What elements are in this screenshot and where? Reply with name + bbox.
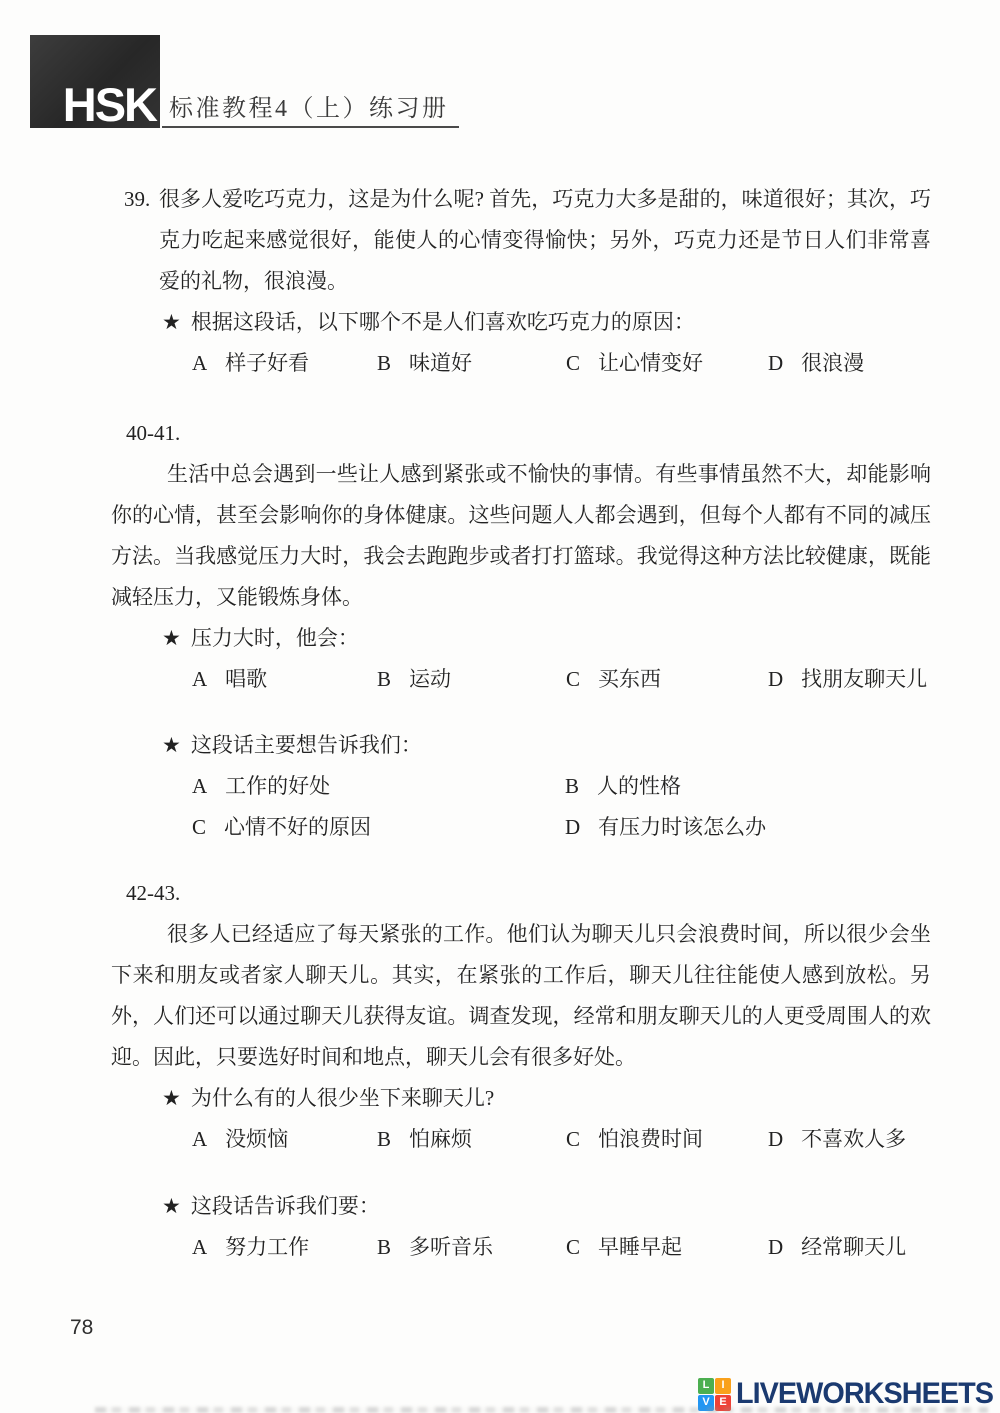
question-43-option-a: A 努力工作 [192, 1227, 377, 1268]
option-label: D [565, 807, 580, 848]
option-text: 努力工作 [225, 1227, 309, 1268]
question-41-option-d: D 有压力时该怎么办 [565, 807, 931, 848]
logo-square-l: L [698, 1378, 714, 1394]
option-text: 多听音乐 [409, 1227, 493, 1268]
question-43-prompt-text: 这段话告诉我们要： [191, 1186, 380, 1227]
option-text: 让心情变好 [598, 343, 703, 384]
option-text: 找朋友聊天儿 [801, 659, 927, 700]
star-icon: ★ [162, 725, 181, 766]
star-icon: ★ [162, 1186, 181, 1227]
option-label: C [192, 807, 206, 848]
star-icon: ★ [162, 302, 181, 343]
question-43-option-c: C 早睡早起 [566, 1227, 768, 1268]
liveworksheets-logo-squares: L I V E [698, 1378, 731, 1411]
question-41-options-row-2: C 心情不好的原因 D 有压力时该怎么办 [192, 807, 931, 848]
workbook-page: HSK 标准教程4（上）练习册 39. 很多人爱吃巧克力，这是为什么呢? 首先，… [0, 0, 1000, 1413]
option-label: B [377, 1227, 391, 1268]
question-40-options: A 唱歌 B 运动 C 买东西 D 找朋友聊天儿 [192, 659, 931, 700]
question-39-option-c: C 让心情变好 [566, 343, 768, 384]
question-41-prompt-text: 这段话主要想告诉我们： [191, 725, 422, 766]
option-label: D [768, 343, 783, 384]
questions-40-41-passage: 生活中总会遇到一些让人感到紧张或不愉快的事情。有些事情虽然不大，却能影响你的心情… [111, 454, 931, 618]
question-39-options: A 样子好看 B 味道好 C 让心情变好 D 很浪漫 [192, 343, 931, 384]
option-label: C [566, 1119, 580, 1160]
option-text: 味道好 [409, 343, 472, 384]
option-text: 不喜欢人多 [801, 1119, 906, 1160]
option-text: 经常聊天儿 [801, 1227, 906, 1268]
option-text: 心情不好的原因 [224, 807, 371, 848]
star-icon: ★ [162, 618, 181, 659]
option-text: 怕麻烦 [409, 1119, 472, 1160]
option-text: 样子好看 [225, 343, 309, 384]
question-42-prompt-text: 为什么有的人很少坐下来聊天儿? [191, 1078, 494, 1119]
option-label: D [768, 1227, 783, 1268]
logo-square-i: I [715, 1378, 731, 1394]
questions-42-43: 42-43. 很多人已经适应了每天紧张的工作。他们认为聊天儿只会浪费时间，所以很… [111, 873, 931, 1268]
question-43-option-b: B 多听音乐 [377, 1227, 566, 1268]
liveworksheets-wordmark: LIVEWORKSHEETS [736, 1377, 993, 1411]
hsk-logo: HSK [30, 35, 160, 128]
question-39-passage-row: 39. 很多人爱吃巧克力，这是为什么呢? 首先，巧克力大多是甜的，味道很好；其次… [124, 179, 931, 302]
option-label: A [192, 343, 207, 384]
option-label: C [566, 343, 580, 384]
page-content: 39. 很多人爱吃巧克力，这是为什么呢? 首先，巧克力大多是甜的，味道很好；其次… [111, 179, 931, 1268]
option-label: A [192, 1119, 207, 1160]
book-title: 标准教程4（上）练习册 [169, 88, 449, 123]
option-label: C [566, 1227, 580, 1268]
scan-artifact-strip [95, 1407, 988, 1413]
option-label: C [566, 659, 580, 700]
option-label: B [565, 766, 579, 807]
question-43-option-d: D 经常聊天儿 [768, 1227, 931, 1268]
option-label: A [192, 766, 207, 807]
option-text: 很浪漫 [801, 343, 864, 384]
question-42-option-c: C 怕浪费时间 [566, 1119, 768, 1160]
question-39-number: 39. [124, 179, 159, 302]
question-39-passage: 很多人爱吃巧克力，这是为什么呢? 首先，巧克力大多是甜的，味道很好；其次，巧克力… [159, 179, 931, 302]
question-40-option-a: A 唱歌 [192, 659, 377, 700]
questions-40-41-number: 40-41. [126, 413, 931, 454]
option-text: 没烦恼 [225, 1119, 288, 1160]
question-39-option-d: D 很浪漫 [768, 343, 931, 384]
option-text: 有压力时该怎么办 [598, 807, 766, 848]
question-41-prompt: ★ 这段话主要想告诉我们： [162, 725, 931, 766]
question-40-option-c: C 买东西 [566, 659, 768, 700]
question-43-options: A 努力工作 B 多听音乐 C 早睡早起 D 经常聊天儿 [192, 1227, 931, 1268]
option-label: D [768, 1119, 783, 1160]
header-underline [162, 126, 459, 128]
option-text: 人的性格 [597, 766, 681, 807]
question-41-option-a: A 工作的好处 [192, 766, 565, 807]
question-41-option-c: C 心情不好的原因 [192, 807, 565, 848]
hsk-logo-text: HSK [63, 83, 160, 128]
option-label: B [377, 343, 391, 384]
question-39-option-a: A 样子好看 [192, 343, 377, 384]
option-label: B [377, 659, 391, 700]
question-39-prompt: ★ 根据这段话，以下哪个不是人们喜欢吃巧克力的原因： [162, 302, 931, 343]
option-text: 早睡早起 [598, 1227, 682, 1268]
question-41-option-b: B 人的性格 [565, 766, 931, 807]
questions-42-43-passage: 很多人已经适应了每天紧张的工作。他们认为聊天儿只会浪费时间，所以很少会坐下来和朋… [111, 914, 931, 1078]
question-41-options-row-1: A 工作的好处 B 人的性格 [192, 766, 931, 807]
option-text: 怕浪费时间 [598, 1119, 703, 1160]
option-label: B [377, 1119, 391, 1160]
question-42-option-a: A 没烦恼 [192, 1119, 377, 1160]
question-40-prompt: ★ 压力大时，他会： [162, 618, 931, 659]
page-number: 78 [70, 1316, 93, 1340]
question-43-prompt: ★ 这段话告诉我们要： [162, 1186, 931, 1227]
question-40-option-b: B 运动 [377, 659, 566, 700]
questions-42-43-number: 42-43. [126, 873, 931, 914]
liveworksheets-logo: L I V E LIVEWORKSHEETS [698, 1377, 1000, 1411]
question-39: 39. 很多人爱吃巧克力，这是为什么呢? 首先，巧克力大多是甜的，味道很好；其次… [111, 179, 931, 384]
question-42-option-d: D 不喜欢人多 [768, 1119, 931, 1160]
question-42-prompt: ★ 为什么有的人很少坐下来聊天儿? [162, 1078, 931, 1119]
option-text: 工作的好处 [225, 766, 330, 807]
option-text: 运动 [409, 659, 451, 700]
star-icon: ★ [162, 1078, 181, 1119]
question-40-prompt-text: 压力大时，他会： [191, 618, 359, 659]
questions-40-41: 40-41. 生活中总会遇到一些让人感到紧张或不愉快的事情。有些事情虽然不大，却… [111, 413, 931, 848]
question-42-options: A 没烦恼 B 怕麻烦 C 怕浪费时间 D 不喜欢人多 [192, 1119, 931, 1160]
question-39-prompt-text: 根据这段话，以下哪个不是人们喜欢吃巧克力的原因： [191, 302, 695, 343]
option-text: 买东西 [598, 659, 661, 700]
question-39-option-b: B 味道好 [377, 343, 566, 384]
option-label: A [192, 659, 207, 700]
option-label: A [192, 1227, 207, 1268]
question-40-option-d: D 找朋友聊天儿 [768, 659, 931, 700]
question-42-option-b: B 怕麻烦 [377, 1119, 566, 1160]
option-label: D [768, 659, 783, 700]
option-text: 唱歌 [225, 659, 267, 700]
